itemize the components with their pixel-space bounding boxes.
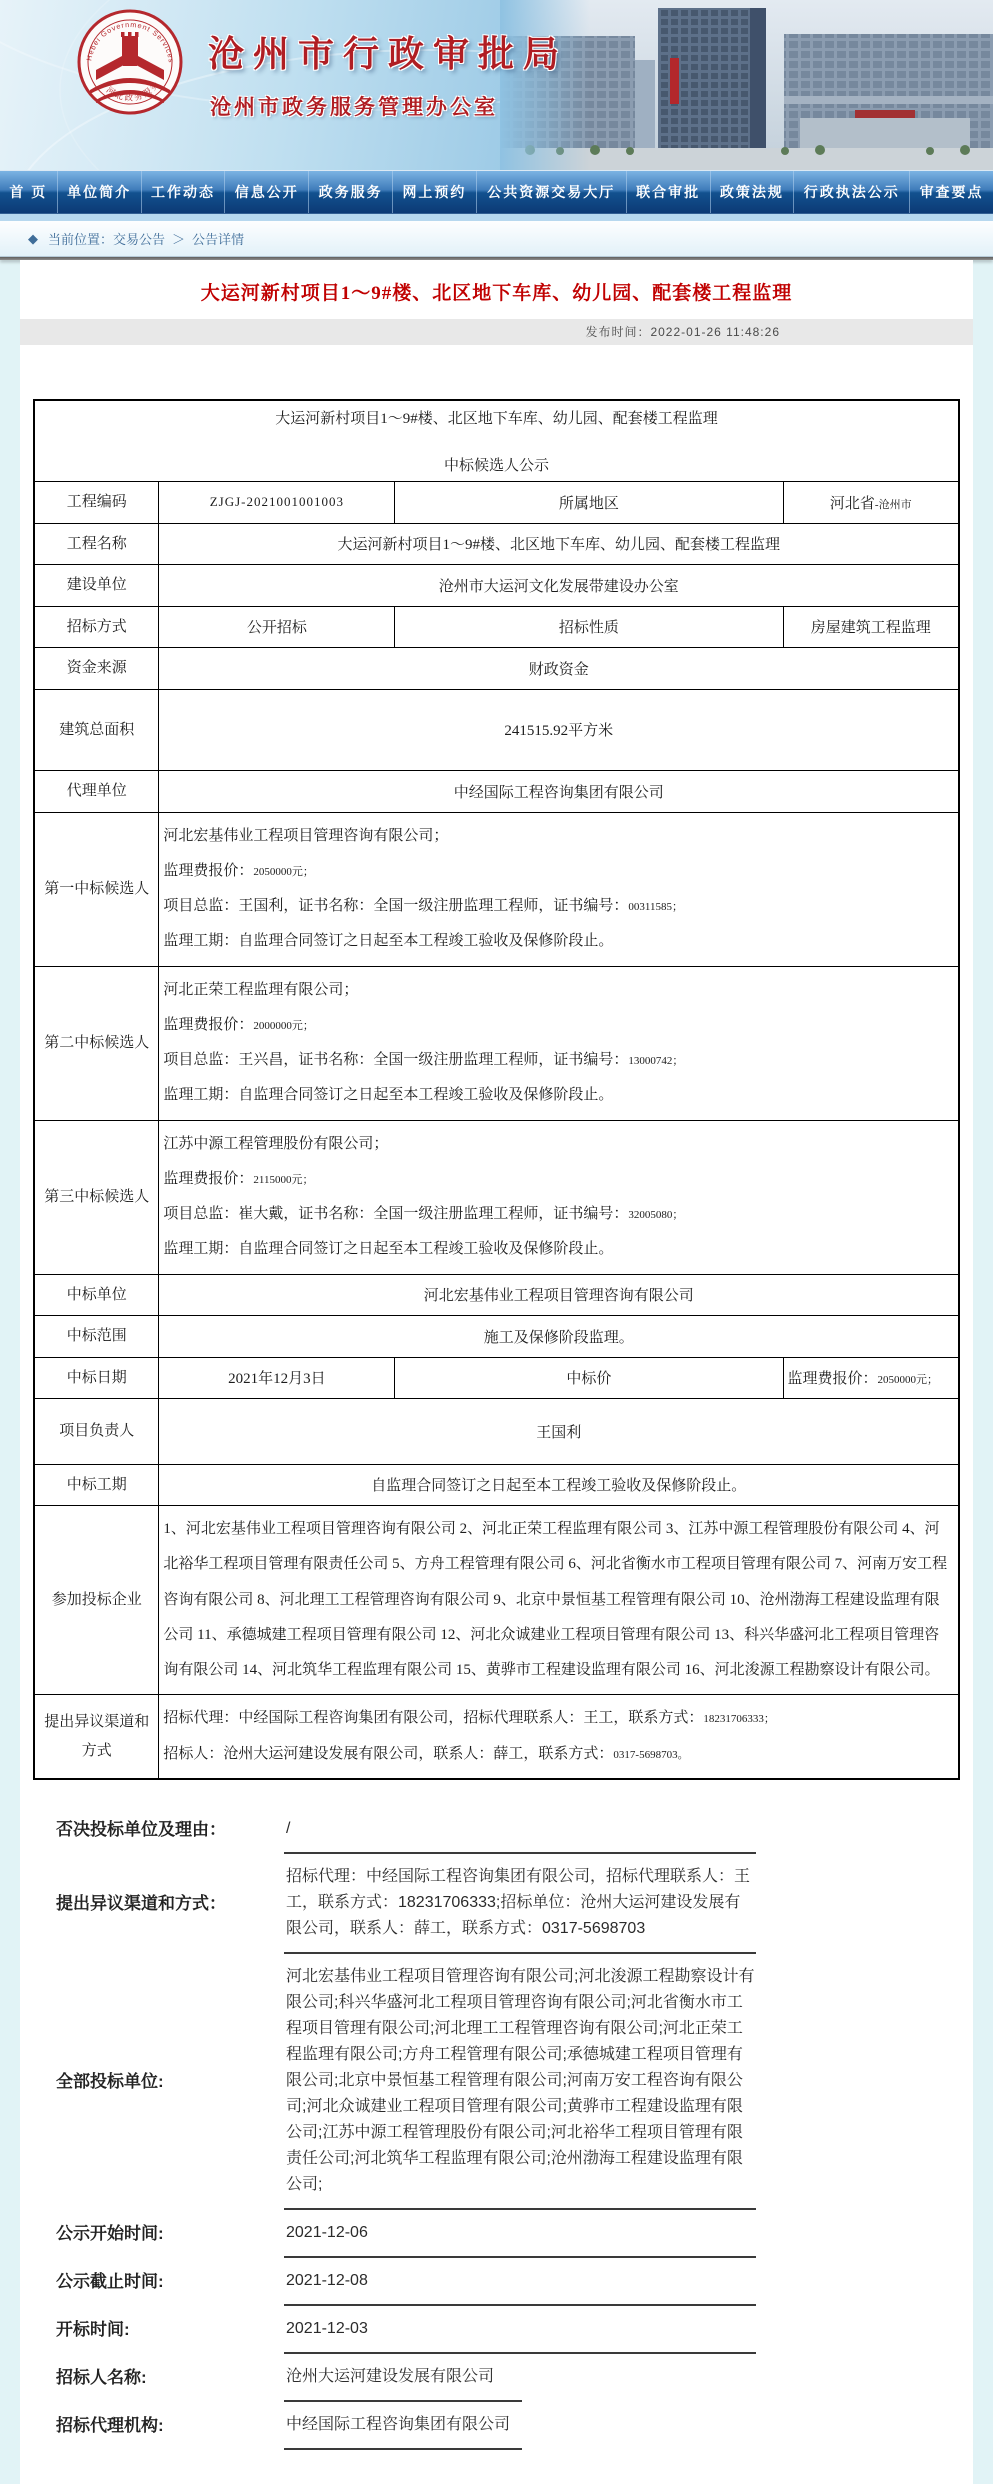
- detail-fields: 否决投标单位及理由： / 提出异议渠道和方式： 招标代理：中经国际工程咨询集团有…: [56, 1806, 973, 2450]
- field-value: 中经国际工程咨询集团有限公司: [284, 2402, 522, 2450]
- diamond-icon: ◆: [28, 231, 38, 247]
- total-area-value: 241515.92平方米: [159, 689, 959, 771]
- project-name-value: 大运河新村项目1～9#楼、北区地下车库、幼儿园、配套楼工程监理: [159, 523, 959, 565]
- row-fund-source: 资金来源 财政资金: [34, 648, 959, 690]
- field-value: 2021-12-03: [284, 2306, 756, 2354]
- field-publicity-end: 公示截止时间: 2021-12-08: [56, 2258, 973, 2306]
- win-price-label: 中标价: [395, 1357, 783, 1399]
- row-construction-unit: 建设单位 沧州市大运河文化发展带建设办公室: [34, 565, 959, 607]
- field-agency-name: 招标代理机构: 中经国际工程咨询集团有限公司: [56, 2402, 973, 2450]
- winner-label: 中标单位: [34, 1274, 159, 1316]
- site-banner: Hebei Government Services 河北政务服务 沧州市行政审批…: [0, 0, 993, 170]
- win-price-value: 监理费报价：2050000元；: [783, 1357, 959, 1399]
- field-value: 2021-12-06: [284, 2210, 756, 2258]
- bid-nature-label: 招标性质: [395, 606, 783, 648]
- table-subtitle: 中标候选人公示: [39, 454, 954, 475]
- row-total-area: 建筑总面积 241515.92平方米: [34, 689, 959, 771]
- region-label: 所属地区: [395, 482, 783, 524]
- page: Hebei Government Services 河北政务服务 沧州市行政审批…: [0, 0, 993, 2484]
- candidate-1-label: 第一中标候选人: [34, 812, 159, 966]
- field-tenderer-name: 招标人名称: 沧州大运河建设发展有限公司: [56, 2354, 973, 2402]
- row-agency: 代理单位 中经国际工程咨询集团有限公司: [34, 771, 959, 813]
- row-candidate-2: 第二中标候选人 河北正荣工程监理有限公司； 监理费报价：2000000元； 项目…: [34, 966, 959, 1120]
- breadcrumb-current[interactable]: 公告详情: [192, 229, 244, 248]
- construction-unit-label: 建设单位: [34, 565, 159, 607]
- breadcrumb-location-label: 当前位置：: [48, 229, 113, 248]
- row-win-period: 中标工期 自监理合同签订之日起至本工程竣工验收及保修阶段止。: [34, 1464, 959, 1506]
- table-title-row: 大运河新村项目1～9#楼、北区地下车库、幼儿园、配套楼工程监理 中标候选人公示: [34, 400, 959, 482]
- breadcrumb-section-link[interactable]: 交易公告: [113, 229, 165, 248]
- construction-unit-value: 沧州市大运河文化发展带建设办公室: [159, 565, 959, 607]
- win-date-value: 2021年12月3日: [159, 1357, 395, 1399]
- participants-value: 1、河北宏基伟业工程项目管理咨询有限公司 2、河北正荣工程监理有限公司 3、江苏…: [159, 1506, 959, 1695]
- win-date-label: 中标日期: [34, 1357, 159, 1399]
- win-period-label: 中标工期: [34, 1464, 159, 1506]
- nav-item-online-booking[interactable]: 网上预约: [392, 171, 476, 213]
- field-objection-channel: 提出异议渠道和方式： 招标代理：中经国际工程咨询集团有限公司，招标代理联系人：王…: [56, 1854, 973, 1954]
- row-win-date: 中标日期 2021年12月3日 中标价 监理费报价：2050000元；: [34, 1357, 959, 1399]
- scope-label: 中标范围: [34, 1316, 159, 1358]
- scope-value: 施工及保修阶段监理。: [159, 1316, 959, 1358]
- field-value: /: [284, 1806, 756, 1854]
- field-label: 开标时间:: [56, 2316, 284, 2343]
- bid-nature-value: 房屋建筑工程监理: [783, 606, 959, 648]
- winner-value: 河北宏基伟业工程项目管理咨询有限公司: [159, 1274, 959, 1316]
- publish-time: 发布时间：2022-01-26 11:48:26: [20, 319, 973, 345]
- manager-value: 王国利: [159, 1399, 959, 1465]
- field-open-date: 开标时间: 2021-12-03: [56, 2306, 973, 2354]
- field-label: 招标人名称:: [56, 2364, 284, 2391]
- row-objection: 提出异议渠道和方式 招标代理：中经国际工程咨询集团有限公司，招标代理联系人：王工…: [34, 1695, 959, 1779]
- candidate-1-details: 河北宏基伟业工程项目管理咨询有限公司； 监理费报价：2050000元； 项目总监…: [159, 812, 959, 966]
- row-project-code: 工程编码 ZJGJ-2021001001003 所属地区 河北省-沧州市: [34, 482, 959, 524]
- candidate-3-label: 第三中标候选人: [34, 1120, 159, 1274]
- page-title: 大运河新村项目1～9#楼、北区地下车库、幼儿园、配套楼工程监理: [20, 260, 973, 319]
- row-winner: 中标单位 河北宏基伟业工程项目管理咨询有限公司: [34, 1274, 959, 1316]
- fund-source-value: 财政资金: [159, 648, 959, 690]
- field-label: 招标代理机构:: [56, 2412, 284, 2439]
- agency-label: 代理单位: [34, 771, 159, 813]
- field-label: 公示截止时间:: [56, 2268, 284, 2295]
- project-code-label: 工程编码: [34, 482, 159, 524]
- objection-value: 招标代理：中经国际工程咨询集团有限公司，招标代理联系人：王工，联系方式：1823…: [159, 1695, 959, 1779]
- candidate-3-details: 江苏中源工程管理股份有限公司； 监理费报价：2115000元； 项目总监：崔大戴…: [159, 1120, 959, 1274]
- row-candidate-1: 第一中标候选人 河北宏基伟业工程项目管理咨询有限公司； 监理费报价：205000…: [34, 812, 959, 966]
- field-value: 2021-12-08: [284, 2258, 756, 2306]
- field-label: 否决投标单位及理由：: [56, 1816, 284, 1843]
- project-code-value: ZJGJ-2021001001003: [159, 482, 395, 524]
- nav-item-policies[interactable]: 政策法规: [710, 171, 794, 213]
- field-value: 沧州大运河建设发展有限公司: [284, 2354, 522, 2402]
- org-subtitle: 沧州市政务服务管理办公室: [210, 91, 568, 121]
- nav-item-home[interactable]: 首 页: [0, 171, 57, 213]
- hebei-government-logo: Hebei Government Services 河北政务服务: [76, 8, 184, 116]
- fund-source-label: 资金来源: [34, 648, 159, 690]
- nav-item-joint-approval[interactable]: 联合审批: [626, 171, 710, 213]
- field-label: 公示开始时间:: [56, 2220, 284, 2247]
- main-nav: 首 页 单位简介 工作动态 信息公开 政务服务 网上预约 公共资源交易大厅 联合…: [0, 170, 993, 213]
- nav-item-trading-hall[interactable]: 公共资源交易大厅: [476, 171, 626, 213]
- row-participants: 参加投标企业 1、河北宏基伟业工程项目管理咨询有限公司 2、河北正荣工程监理有限…: [34, 1506, 959, 1695]
- candidate-2-label: 第二中标候选人: [34, 966, 159, 1120]
- project-name-label: 工程名称: [34, 523, 159, 565]
- total-area-label: 建筑总面积: [34, 689, 159, 771]
- row-scope: 中标范围 施工及保修阶段监理。: [34, 1316, 959, 1358]
- nav-bottom-strip: [0, 213, 993, 221]
- nav-item-news[interactable]: 工作动态: [141, 171, 225, 213]
- objection-label: 提出异议渠道和方式: [34, 1695, 159, 1779]
- field-publicity-start: 公示开始时间: 2021-12-06: [56, 2210, 973, 2258]
- government-building-photo: [500, 0, 993, 170]
- field-all-bidders: 全部投标单位: 河北宏基伟业工程项目管理咨询有限公司;河北浚源工程勘察设计有限公…: [56, 1954, 973, 2210]
- nav-item-info-disclosure[interactable]: 信息公开: [224, 171, 308, 213]
- agency-value: 中经国际工程咨询集团有限公司: [159, 771, 959, 813]
- candidate-2-details: 河北正荣工程监理有限公司； 监理费报价：2000000元； 项目总监：王兴昌，证…: [159, 966, 959, 1120]
- content-panel: 大运河新村项目1～9#楼、北区地下车库、幼儿园、配套楼工程监理 发布时间：202…: [20, 260, 973, 2484]
- nav-item-enforcement[interactable]: 行政执法公示: [793, 171, 909, 213]
- bid-method-label: 招标方式: [34, 606, 159, 648]
- nav-item-about[interactable]: 单位简介: [57, 171, 141, 213]
- breadcrumb-separator: ＞: [172, 229, 185, 248]
- win-period-value: 自监理合同签订之日起至本工程竣工验收及保修阶段止。: [159, 1464, 959, 1506]
- manager-label: 项目负责人: [34, 1399, 159, 1465]
- nav-item-review-points[interactable]: 审查要点: [909, 171, 993, 213]
- field-rejected-bidders: 否决投标单位及理由： /: [56, 1806, 973, 1854]
- row-bid-method: 招标方式 公开招标 招标性质 房屋建筑工程监理: [34, 606, 959, 648]
- row-project-name: 工程名称 大运河新村项目1～9#楼、北区地下车库、幼儿园、配套楼工程监理: [34, 523, 959, 565]
- bid-method-value: 公开招标: [159, 606, 395, 648]
- row-manager: 项目负责人 王国利: [34, 1399, 959, 1465]
- row-candidate-3: 第三中标候选人 江苏中源工程管理股份有限公司； 监理费报价：2115000元； …: [34, 1120, 959, 1274]
- notice-table: 大运河新村项目1～9#楼、北区地下车库、幼儿园、配套楼工程监理 中标候选人公示 …: [33, 399, 960, 1780]
- field-label: 全部投标单位:: [56, 2068, 284, 2095]
- breadcrumb: ◆ 当前位置： 交易公告 ＞ 公告详情: [0, 221, 993, 257]
- org-name: 沧州市行政审批局: [208, 26, 568, 77]
- region-value: 河北省-沧州市: [783, 482, 959, 524]
- field-value: 招标代理：中经国际工程咨询集团有限公司，招标代理联系人：王工，联系方式：1823…: [284, 1854, 756, 1954]
- field-value: 河北宏基伟业工程项目管理咨询有限公司;河北浚源工程勘察设计有限公司;科兴华盛河北…: [284, 1954, 756, 2210]
- participants-label: 参加投标企业: [34, 1506, 159, 1695]
- nav-item-gov-services[interactable]: 政务服务: [308, 171, 392, 213]
- table-title: 大运河新村项目1～9#楼、北区地下车库、幼儿园、配套楼工程监理: [39, 407, 954, 428]
- field-label: 提出异议渠道和方式：: [56, 1890, 284, 1917]
